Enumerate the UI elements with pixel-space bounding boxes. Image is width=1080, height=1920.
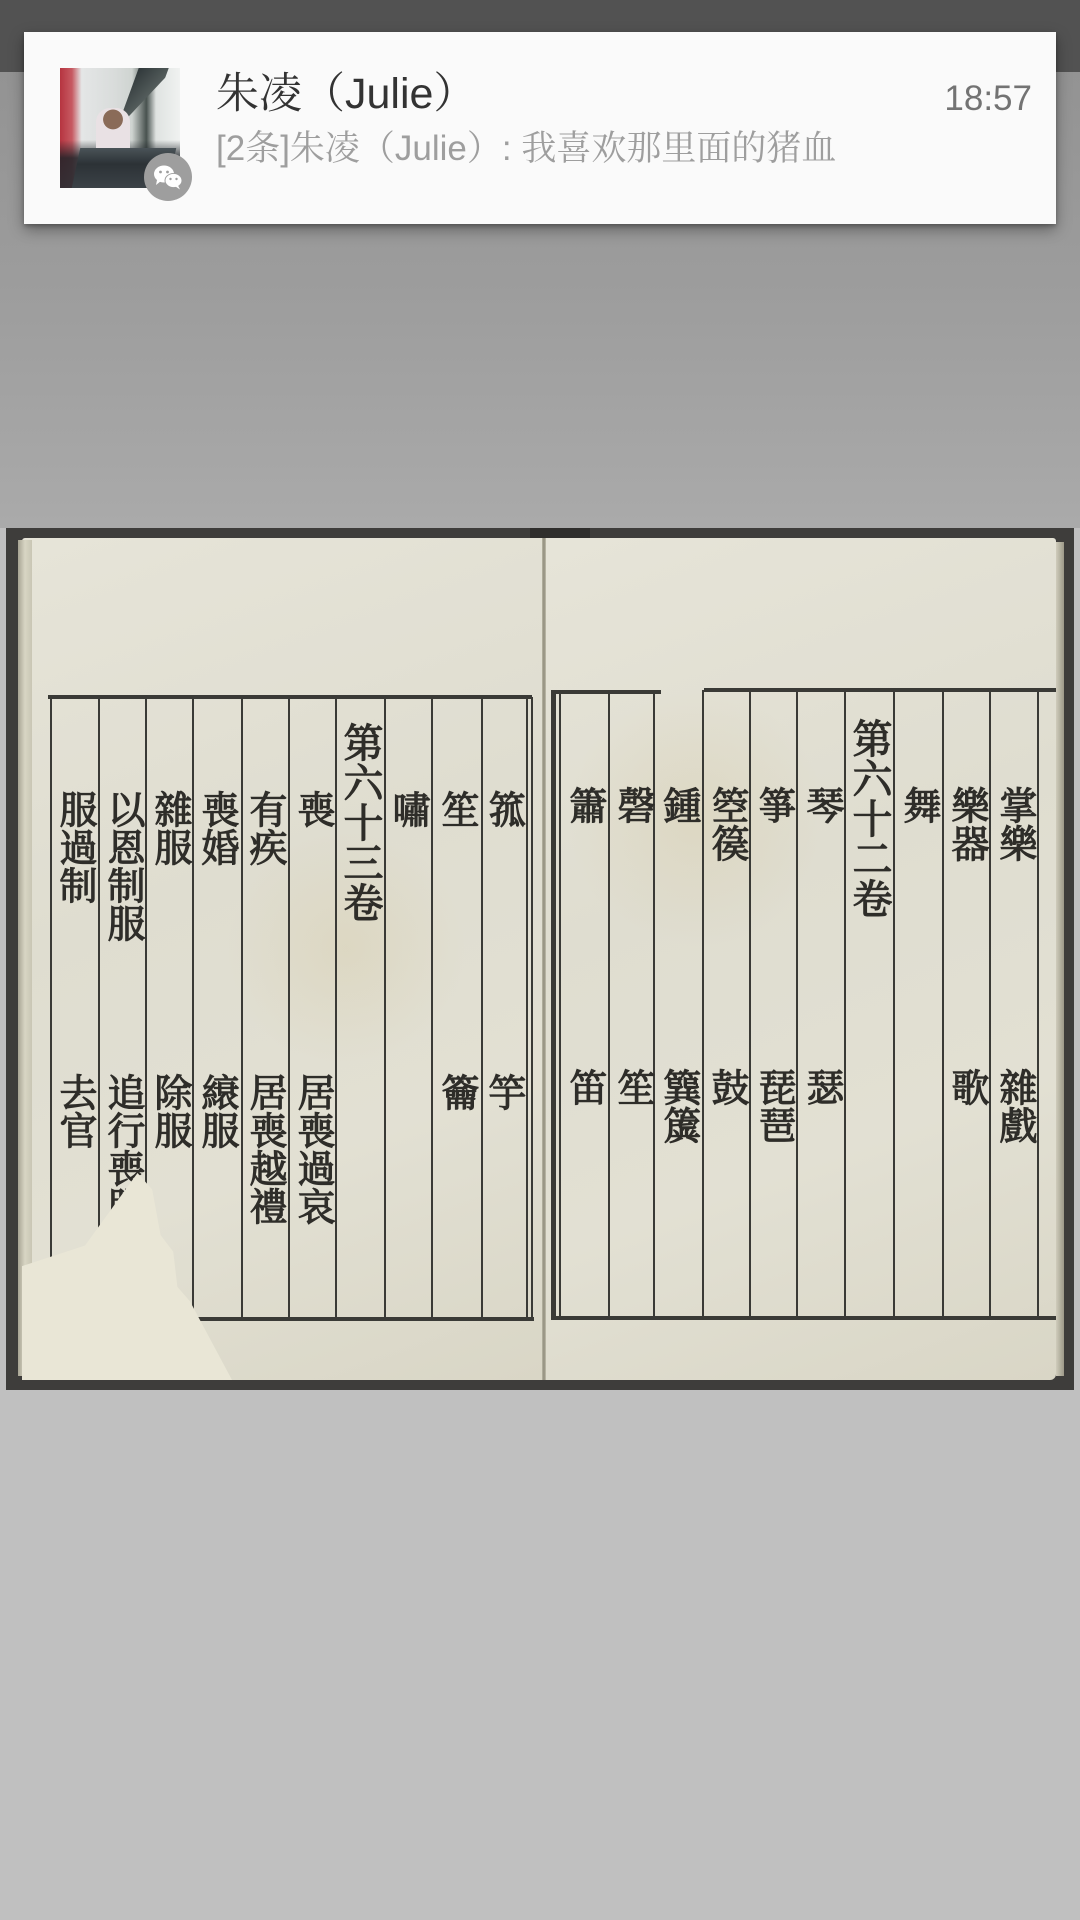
toc-entry: 縗服 [197,1073,237,1149]
volume-heading: 第六十二卷 [849,718,889,918]
wechat-icon [144,153,192,201]
toc-entry: 鼓 [707,1068,747,1106]
toc-entry: 掌樂 [995,786,1035,862]
toc-entry: 居喪越禮 [245,1073,285,1225]
toc-entry: 除服 [150,1073,190,1149]
toc-entry: 簨簴 [659,1068,699,1144]
toc-entry: 舞 [899,786,939,824]
toc-entry: 歌 [947,1068,987,1106]
toc-entry: 瑟 [802,1068,842,1106]
toc-entry: 服過制 [55,790,95,904]
toc-entry: 嘯 [388,790,428,828]
toc-entry: 簫 [565,786,605,824]
book-spine [542,538,546,1380]
toc-entry: 琵琶 [754,1068,794,1144]
right-page [544,538,1056,1380]
toc-entry: 鍾 [659,786,699,824]
toc-entry: 居喪過哀 [293,1073,333,1225]
book-photo[interactable]: 掌樂 樂器 舞 第六十二卷 琴 箏 箜篌 鍾 磬 簫 雜戲 歌 瑟 琵琶 鼓 簨… [6,528,1074,1390]
toc-entry: 喪 [293,790,333,828]
toc-entry: 磬 [613,786,653,824]
toc-entry: 樂器 [947,786,987,862]
notification-message: [2条]朱凌（Julie）: 我喜欢那里面的猪血 [216,124,836,174]
toc-entry: 喪婚 [197,790,237,866]
toc-entry: 有疾 [245,790,285,866]
toc-entry: 雜服 [150,790,190,866]
toc-entry: 箜篌 [707,786,747,862]
toc-entry: 竽 [484,1073,524,1111]
notification-title: 朱凌（Julie） [216,66,476,122]
volume-heading: 第六十三卷 [340,722,380,922]
toc-entry: 去官 [55,1073,95,1149]
notification-time: 18:57 [944,74,1032,124]
toc-entry: 箛 [484,790,524,828]
toc-entry: 笛 [565,1068,605,1106]
toc-entry: 籥 [437,1073,477,1111]
toc-entry: 琴 [802,786,842,824]
dimmed-background-bottom [0,1390,1080,1920]
toc-entry: 笙 [437,790,477,828]
wechat-notification-card[interactable]: 朱凌（Julie） [2条]朱凌（Julie）: 我喜欢那里面的猪血 18:57 [24,32,1056,224]
toc-entry: 以恩制服 [103,790,143,942]
toc-entry: 笙 [613,1068,653,1106]
toc-entry: 雜戲 [995,1068,1035,1144]
toc-entry: 箏 [754,786,794,824]
